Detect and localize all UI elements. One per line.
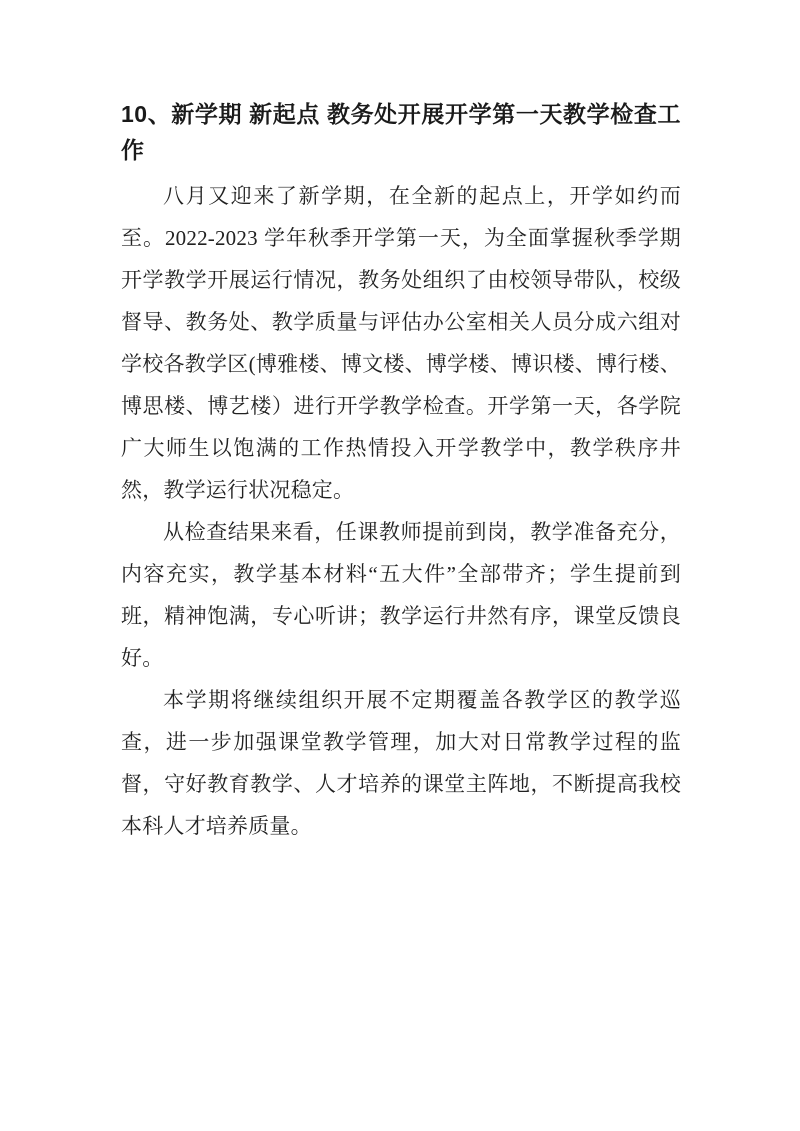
document-page: 10、新学期 新起点 教务处开展开学第一天教学检查工作 八月又迎来了新学期，在全… [0, 0, 800, 1131]
paragraph: 八月又迎来了新学期，在全新的起点上，开学如约而至。2022-2023 学年秋季开… [121, 175, 681, 511]
document-title: 10、新学期 新起点 教务处开展开学第一天教学检查工作 [121, 96, 681, 168]
document-body: 八月又迎来了新学期，在全新的起点上，开学如约而至。2022-2023 学年秋季开… [121, 175, 681, 847]
paragraph: 从检查结果来看，任课教师提前到岗，教学准备充分，内容充实，教学基本材料“五大件”… [121, 511, 681, 679]
paragraph: 本学期将继续组织开展不定期覆盖各教学区的教学巡查，进一步加强课堂教学管理，加大对… [121, 679, 681, 847]
